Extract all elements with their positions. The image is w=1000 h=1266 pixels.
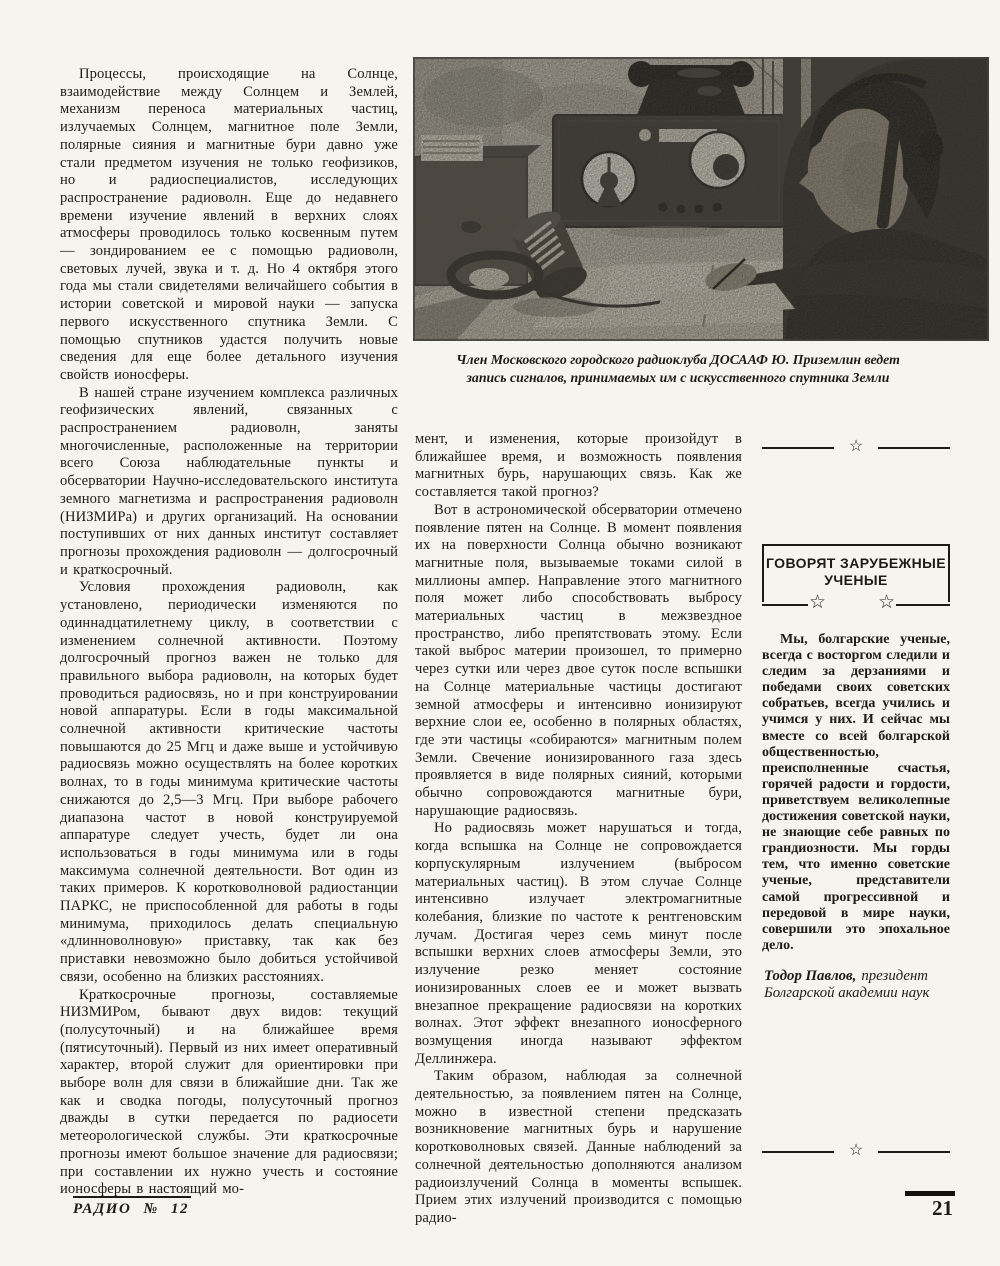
box-bottom-border: ☆ ☆ <box>762 600 950 610</box>
star-divider-bottom: ☆ <box>762 1144 950 1160</box>
box-title: ГОВОРЯТ ЗАРУБЕЖНЫЕ <box>764 555 948 572</box>
star-icon: ☆ <box>809 598 826 608</box>
divider-line <box>762 1151 834 1153</box>
divider-line <box>896 604 950 606</box>
signature-name: Тодор Павлов, <box>764 968 856 984</box>
star-icon: ☆ <box>849 1143 863 1159</box>
paragraph: В нашей стране изучением комплекса разли… <box>60 385 398 580</box>
journal-footer: РАДИО № 12 <box>73 1196 223 1218</box>
divider-line <box>878 1151 950 1153</box>
paragraph: Процессы, происходящие на Солнце, взаимо… <box>60 66 398 385</box>
right-column: ☆ ГОВОРЯТ ЗАРУБЕЖНЫЕ УЧЕНЫЕ ☆ ☆ Мы, болг… <box>762 440 950 1182</box>
left-column: Процессы, происходящие на Солнце, взаимо… <box>60 66 398 1199</box>
box-title: УЧЕНЫЕ <box>764 572 948 589</box>
page-number-block: 21 <box>905 1191 955 1220</box>
photo-block: Член Московского городского радиоклуба Д… <box>413 57 989 386</box>
photo-caption: Член Московского городского радиоклуба Д… <box>413 351 989 386</box>
footer-rule <box>73 1196 191 1198</box>
paragraph: Условия прохождения радиоволн, как устан… <box>60 579 398 986</box>
journal-title: РАДИО № 12 <box>73 1201 223 1218</box>
page-number: 21 <box>905 1196 955 1220</box>
radio-operator-photo <box>413 57 989 341</box>
signature: Тодор Павлов,президент Болгарской академ… <box>764 968 950 1003</box>
divider-line <box>878 447 950 449</box>
middle-column: мент, и изменения, которые произойдут в … <box>415 431 742 1228</box>
magazine-page: Процессы, происходящие на Солнце, взаимо… <box>0 0 1000 1266</box>
star-divider-top: ☆ <box>762 440 950 456</box>
divider-line <box>762 604 808 606</box>
paragraph: Но радиосвязь может нарушаться и тогда, … <box>415 820 742 1068</box>
paragraph: Краткосрочные прогнозы, составляемые НИЗ… <box>60 987 398 1199</box>
star-icon: ☆ <box>849 439 863 455</box>
foreign-scientists-box: ГОВОРЯТ ЗАРУБЕЖНЫЕ УЧЕНЫЕ ☆ ☆ <box>762 544 950 602</box>
paragraph: Таким образом, наблюдая за солнечной дея… <box>415 1068 742 1227</box>
paragraph: мент, и изменения, которые произойдут в … <box>415 431 742 502</box>
paragraph: Вот в астрономической обсерватории отмеч… <box>415 502 742 821</box>
star-icon: ☆ <box>878 598 895 608</box>
caption-line: Член Московского городского радиоклуба Д… <box>413 351 943 369</box>
quote-paragraph: Мы, болгарские ученые, всегда с восторго… <box>762 632 950 954</box>
caption-line: запись сигналов, принимаемых им с искусс… <box>413 369 943 387</box>
divider-line <box>762 447 834 449</box>
